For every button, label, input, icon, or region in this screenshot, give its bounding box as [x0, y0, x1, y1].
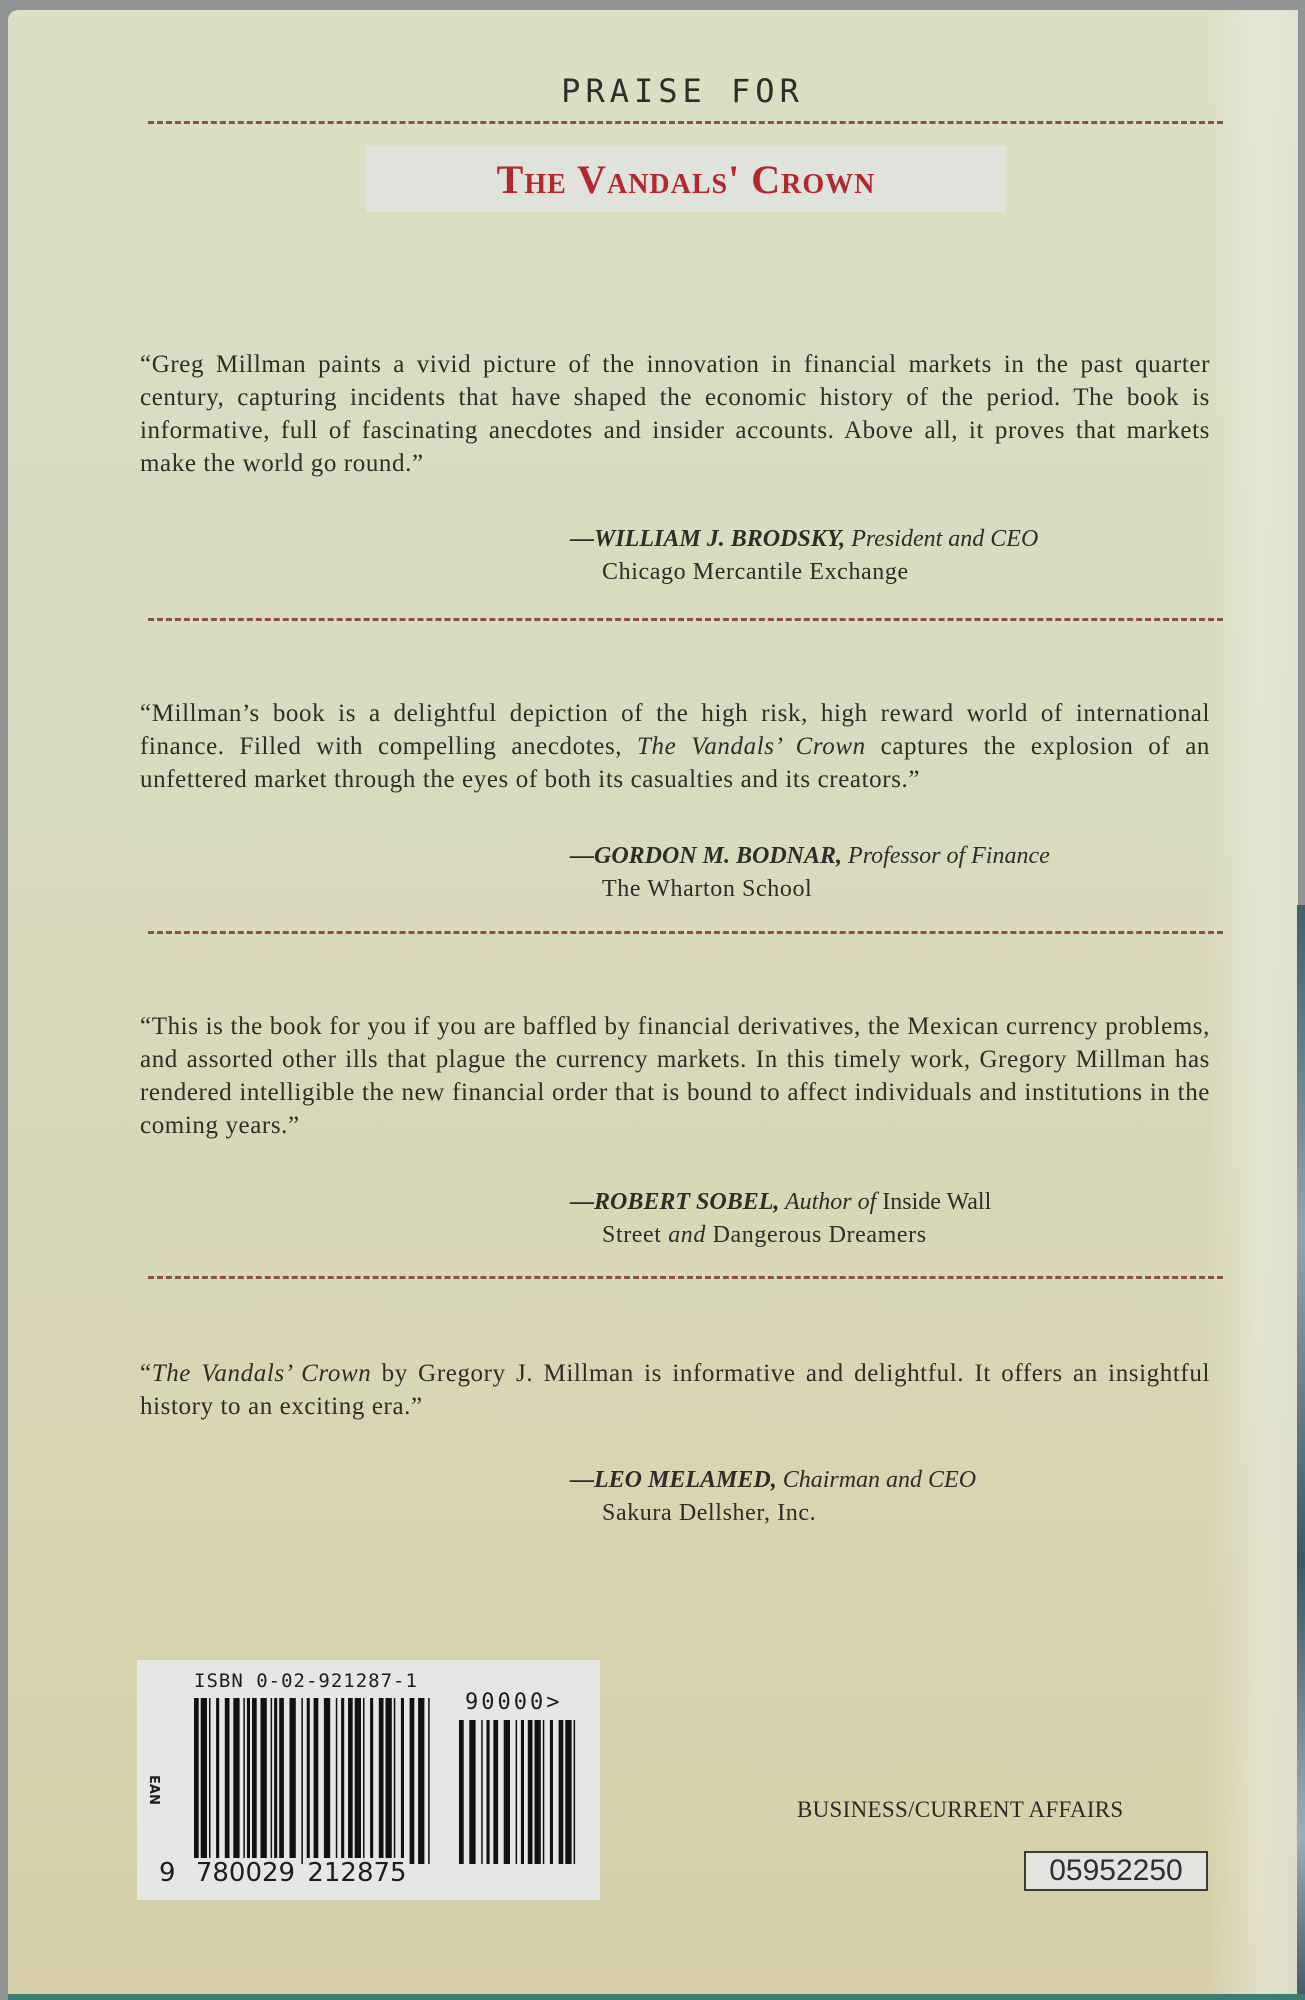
reviewer-role: Author of: [779, 1189, 876, 1215]
background-edge: [1297, 905, 1305, 2000]
blurb-quote: “Greg Millman paints a vivid picture of …: [140, 348, 1210, 480]
reviewer-role: President and CEO: [845, 526, 1038, 552]
category-label: BUSINESS/CURRENT AFFAIRS: [797, 1797, 1124, 1823]
blurb-quote: “This is the book for you if you are baf…: [140, 1010, 1210, 1142]
reviewer-name: —WILLIAM J. BRODSKY,: [570, 526, 845, 552]
divider: [148, 1276, 1223, 1279]
book-title: The Vandals' Crown: [497, 156, 876, 203]
reviewer-book-title: Inside Wall: [876, 1189, 991, 1215]
reviewer-role: Professor of Finance: [842, 843, 1050, 869]
price-code: 90000>: [465, 1690, 562, 1715]
reviewer-role: Chairman and CEO: [777, 1467, 976, 1493]
divider: [148, 618, 1223, 621]
reviewer-organization: Sakura Dellsher, Inc.: [570, 1497, 1210, 1530]
reviewer-name: —GORDON M. BODNAR,: [570, 843, 842, 869]
divider: [148, 121, 1223, 124]
blurb-attribution: —GORDON M. BODNAR, Professor of Finance …: [570, 840, 1210, 906]
ean-group-2: 212875: [305, 1858, 408, 1888]
ean-group-1: 780029: [194, 1858, 297, 1888]
reviewer-name: —LEO MELAMED,: [570, 1467, 777, 1493]
reviewer-organization: The Wharton School: [570, 873, 1210, 906]
reviewer-organization: Chicago Mercantile Exchange: [570, 556, 1210, 589]
title-banner: The Vandals' Crown: [366, 146, 1006, 212]
ean-first-digit: 9: [157, 1858, 178, 1888]
blurb-attribution: —WILLIAM J. BRODSKY, President and CEO C…: [570, 523, 1210, 589]
blurb-quote: “The Vandals’ Crown by Gregory J. Millma…: [140, 1357, 1210, 1423]
blurb-quote: “Millman’s book is a delightful depictio…: [140, 697, 1210, 796]
ean-label: EAN: [146, 1775, 161, 1805]
reviewer-name: —ROBERT SOBEL,: [570, 1189, 779, 1215]
reviewer-organization: Street and Dangerous Dreamers: [570, 1219, 1210, 1252]
praise-for-heading: PRAISE FOR: [0, 72, 1305, 110]
isbn: ISBN 0-02-921287-1: [194, 1670, 418, 1692]
barcode-label: ISBN 0-02-921287-1 90000> EAN 9 780029 2…: [137, 1660, 600, 1900]
blurb-attribution: —LEO MELAMED, Chairman and CEO Sakura De…: [570, 1464, 1210, 1530]
divider: [148, 931, 1223, 934]
background-edge-bottom: [8, 1994, 1305, 2000]
barcode-addon-bars: [457, 1720, 582, 1888]
blurb-attribution: —ROBERT SOBEL, Author of Inside Wall Str…: [570, 1186, 1210, 1252]
ean-number: 9 780029 212875: [157, 1858, 409, 1888]
product-code: 05952250: [1024, 1851, 1208, 1891]
